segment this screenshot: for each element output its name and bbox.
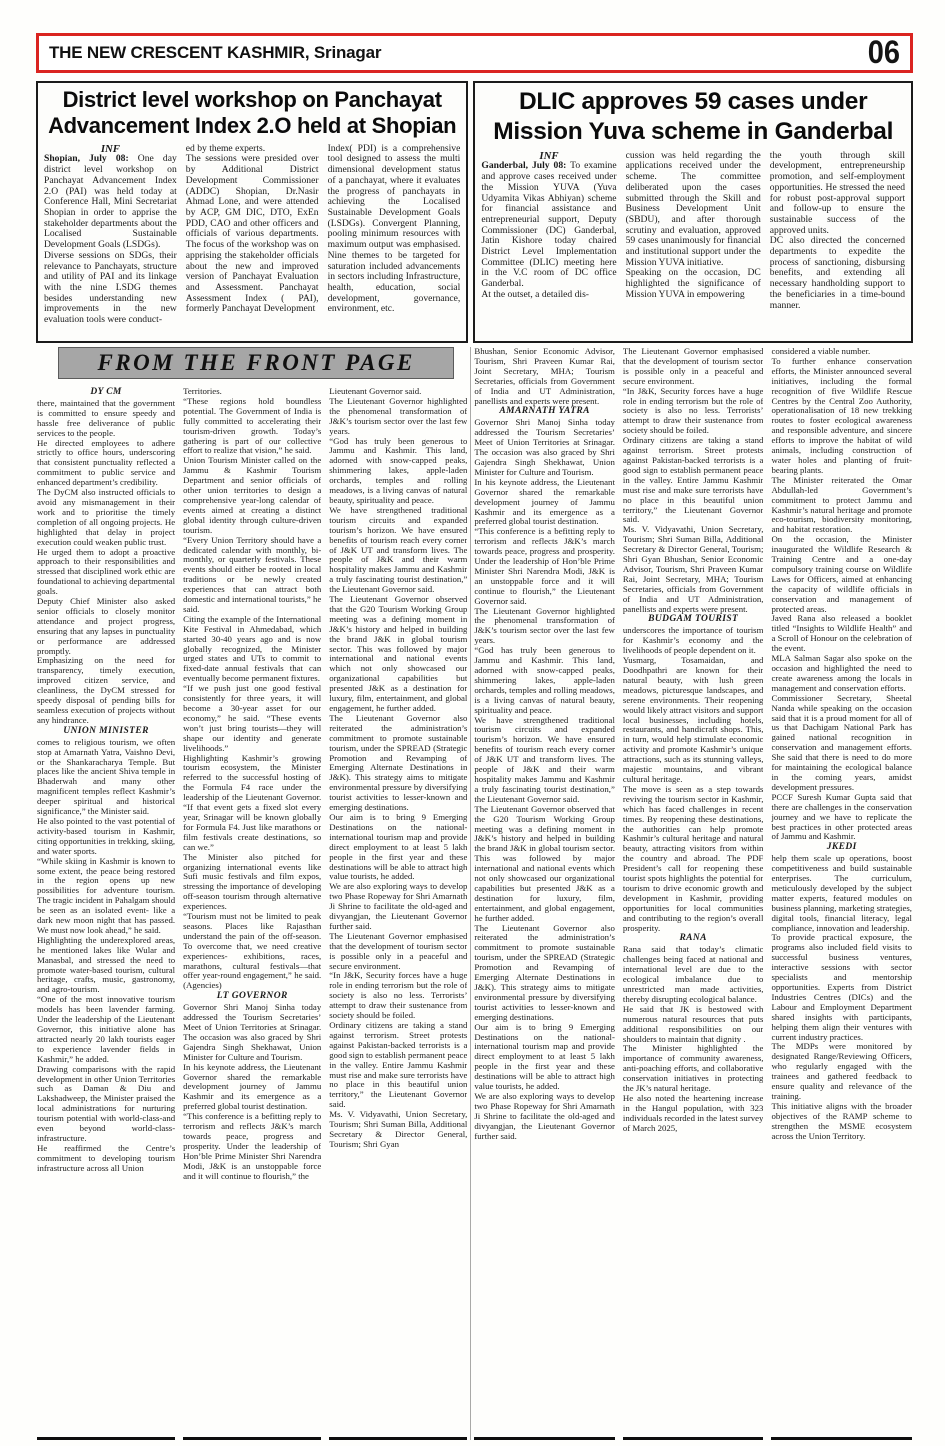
article-column-3: the youth through skill development, ent… <box>770 151 905 343</box>
paragraph: Javed Rana also released a booklet title… <box>771 614 912 654</box>
paragraph: We have strengthened traditional tourism… <box>474 716 615 805</box>
news-column-6: considered a viable number.To further en… <box>771 347 912 1440</box>
from-front-page-banner: FROM THE FRONT PAGE <box>58 347 454 379</box>
continuations-left-half: FROM THE FRONT PAGE DY CMthere, maintain… <box>36 347 468 1440</box>
paragraph: The sessions were presided over by Addit… <box>186 154 319 315</box>
paragraph: The Lieutenant Governor also reiterated … <box>474 924 615 1023</box>
paragraph: He directed employees to adhere strictly… <box>37 439 175 489</box>
news-column-5: The Lieutenant Governor emphasised that … <box>623 347 764 1440</box>
front-page-continuations: FROM THE FRONT PAGE DY CMthere, maintain… <box>36 347 913 1440</box>
section-heading: JKEDI <box>771 843 912 853</box>
paragraph: The Minister highlighted the importance … <box>623 1044 764 1094</box>
paragraph: To further enhance conservation efforts,… <box>771 357 912 476</box>
paragraph: Ordinary citizens are taking a stand aga… <box>329 1021 467 1110</box>
paragraph: He also pointed to the vast potential of… <box>37 817 175 857</box>
paragraph: He also noted the heartening increase in… <box>623 1094 764 1134</box>
paragraph: We are also exploring ways to develop tw… <box>329 882 467 932</box>
paragraph: underscores the importance of tourism fo… <box>623 626 764 656</box>
paragraph: Citing the example of the International … <box>183 615 321 684</box>
paragraph: “While skiing in Kashmir is known to som… <box>37 857 175 936</box>
news-column-3: Lieutenant Governor said.The Lieutenant … <box>329 387 467 1440</box>
paragraph: In his keynote address, the Lieutenant G… <box>183 1063 321 1113</box>
article-column-1: INFShopian, July 08: One day district le… <box>44 144 177 340</box>
paragraph: Highlighting Kashmir’s growing tourism e… <box>183 754 321 853</box>
paragraph: The Lieutenant Governor observed that th… <box>474 805 615 924</box>
paragraph: The Minister also pitched for organizing… <box>183 853 321 912</box>
paragraph: Our aim is to bring 9 Emerging Destinati… <box>474 1023 615 1092</box>
paragraph: Commissioner Secretary, Sheetal Nanda wh… <box>771 694 912 793</box>
news-column-1: DY CMthere, maintained that the governme… <box>37 387 175 1440</box>
paragraph: “God has truly been generous to Jammu an… <box>329 437 467 506</box>
article-headline: District level workshop on Panchayat Adv… <box>44 87 460 140</box>
news-column-4: Bhushan, Senior Economic Advisor, Touris… <box>474 347 615 1440</box>
article-column-1: INFGanderbal, July 08: To examine and ap… <box>481 151 616 343</box>
article-headline: DLIC approves 59 cases under Mission Yuv… <box>481 87 905 147</box>
paragraph: Governor Shri Manoj Sinha today addresse… <box>183 1003 321 1062</box>
paragraph: “If we push just one good festival consi… <box>183 684 321 753</box>
article-column-2: ed by theme experts.The sessions were pr… <box>186 144 319 340</box>
paragraph: “In J&K, Security forces have a huge rol… <box>623 387 764 437</box>
news-column-2: Territories.“These regions hold boundles… <box>183 387 321 1440</box>
paragraph: The Lieutenant Governor also reiterated … <box>329 714 467 813</box>
continuations-right-half: Bhushan, Senior Economic Advisor, Touris… <box>473 347 913 1440</box>
paragraph: “God has truly been generous to Jammu an… <box>474 646 615 715</box>
paragraph: Rana said that today’s climatic challeng… <box>623 945 764 1004</box>
paragraph: In his keynote address, the Lieutenant G… <box>474 478 615 528</box>
paragraph: The Lieutenant Governor emphasised that … <box>329 932 467 972</box>
section-heading: LT GOVERNOR <box>183 992 321 1002</box>
newspaper-title: THE NEW CRESCENT KASHMIR, Srinagar <box>49 43 381 63</box>
paragraph: The Lieutenant Governor observed that th… <box>329 595 467 714</box>
article-column-2: cussion was held regarding the applicati… <box>626 151 761 343</box>
paragraph: Our aim is to bring 9 Emerging Destinati… <box>329 813 467 882</box>
paragraph: PCCF Suresh Kumar Gupta said that there … <box>771 793 912 843</box>
section-heading: AMARNATH YATRA <box>474 407 615 417</box>
paragraph: Bhushan, Senior Economic Advisor, Touris… <box>474 347 615 406</box>
article-column-3: Index( PDI) is a comprehensive tool desi… <box>328 144 461 340</box>
paragraph: Speaking on the occasion, DC highlighted… <box>626 268 761 300</box>
paragraph: “This conference is a befitting reply to… <box>474 527 615 606</box>
paragraph: “One of the most innovative tourism mode… <box>37 995 175 1064</box>
paragraph: MLA Salman Sagar also spoke on the occas… <box>771 654 912 694</box>
dateline-lead: Shopian, July 08: <box>44 153 129 164</box>
banner-label: FROM THE FRONT PAGE <box>98 350 415 376</box>
section-heading: UNION MINISTER <box>37 727 175 737</box>
paragraph: The Lieutenant Governor highlighted the … <box>329 397 467 437</box>
article-body: INFShopian, July 08: One day district le… <box>44 144 460 340</box>
article-body: INFGanderbal, July 08: To examine and ap… <box>481 151 905 343</box>
paragraph: This initiative aligns with the broader … <box>771 1102 912 1142</box>
column-divider <box>470 347 471 1440</box>
dateline-lead: Ganderbal, July 08: <box>481 160 566 171</box>
paragraph: “This conference is a befitting reply to… <box>183 1112 321 1181</box>
paragraph: At the outset, a detailed dis- <box>481 290 616 301</box>
article-dlic-mission-yuva: DLIC approves 59 cases under Mission Yuv… <box>473 81 913 343</box>
paragraph: Diverse sessions on SDGs, their relevanc… <box>44 251 177 326</box>
top-articles-row: District level workshop on Panchayat Adv… <box>36 81 913 343</box>
paragraph: there, maintained that the government is… <box>37 399 175 439</box>
paragraph: To provide practical exposure, the progr… <box>771 933 912 1042</box>
paragraph: Ordinary citizens are taking a stand aga… <box>623 436 764 525</box>
newspaper-page: THE NEW CRESCENT KASHMIR, Srinagar 06 Di… <box>0 0 945 1446</box>
paragraph: He reaffirmed the Centre’s commitment to… <box>37 1144 175 1174</box>
paragraph: We have strengthened traditional tourism… <box>329 506 467 595</box>
paragraph: Highlighting the underexplored areas, he… <box>37 936 175 995</box>
paragraph: The Minister reiterated the Omar Abdulla… <box>771 476 912 535</box>
paragraph: cussion was held regarding the applicati… <box>626 151 761 269</box>
paragraph: “Every Union Territory should have a ded… <box>183 536 321 615</box>
paragraph: “Tourism must not be limited to peak sea… <box>183 912 321 991</box>
paragraph: Union Tourism Minister called on the Jam… <box>183 456 321 535</box>
paragraph: The DyCM also instructed officials to av… <box>37 488 175 547</box>
paragraph: “In J&K, Security forces have a huge rol… <box>329 971 467 1021</box>
paragraph: He said that JK is bestowed with numerou… <box>623 1005 764 1045</box>
paragraph: We are also exploring ways to develop tw… <box>474 1092 615 1142</box>
paragraph: comes to religious tourism, we often sto… <box>37 738 175 817</box>
page-number: 06 <box>868 35 900 72</box>
paragraph: He urged them to adopt a proactive appro… <box>37 548 175 598</box>
paragraph: DC also directed the concerned departmen… <box>770 236 905 311</box>
paragraph: The Lieutenant Governor highlighted the … <box>474 607 615 647</box>
paragraph: Ms. V. Vidyavathi, Union Secretary, Tour… <box>329 1110 467 1150</box>
paragraph: On the occasion, the Minister inaugurate… <box>771 535 912 614</box>
paragraph: Shopian, July 08: One day district level… <box>44 154 177 250</box>
paragraph: the youth through skill development, ent… <box>770 151 905 237</box>
paragraph: Index( PDI) is a comprehensive tool desi… <box>328 144 461 315</box>
paragraph: Yusmarg, Tosamaidan, and Doodhpathri are… <box>623 656 764 785</box>
paragraph: The move is seen as a step towards reviv… <box>623 785 764 934</box>
article-shopian-workshop: District level workshop on Panchayat Adv… <box>36 81 468 343</box>
section-heading: BUDGAM TOURIST <box>623 615 764 625</box>
paragraph: The MDPs were monitored by designated Ra… <box>771 1042 912 1101</box>
paragraph: Governor Shri Manoj Sinha today addresse… <box>474 418 615 477</box>
paragraph: Ganderbal, July 08: To examine and appro… <box>481 161 616 289</box>
paragraph: Ms. V. Vidyavathi, Union Secretary, Tour… <box>623 525 764 614</box>
paragraph: Emphasizing on the need for transparency… <box>37 656 175 725</box>
paragraph: “These regions hold boundless potential.… <box>183 397 321 456</box>
section-heading: RANA <box>623 934 764 944</box>
paragraph: The Lieutenant Governor emphasised that … <box>623 347 764 387</box>
paragraph: help them scale up operations, boost com… <box>771 854 912 933</box>
section-heading: DY CM <box>37 388 175 398</box>
paragraph: Drawing comparisons with the rapid devel… <box>37 1065 175 1144</box>
continuation-columns-right: Bhushan, Senior Economic Advisor, Touris… <box>473 347 913 1440</box>
continuation-columns-left: DY CMthere, maintained that the governme… <box>36 387 468 1440</box>
paragraph: Deputy Chief Minister also asked senior … <box>37 597 175 656</box>
masthead: THE NEW CRESCENT KASHMIR, Srinagar 06 <box>36 33 913 73</box>
